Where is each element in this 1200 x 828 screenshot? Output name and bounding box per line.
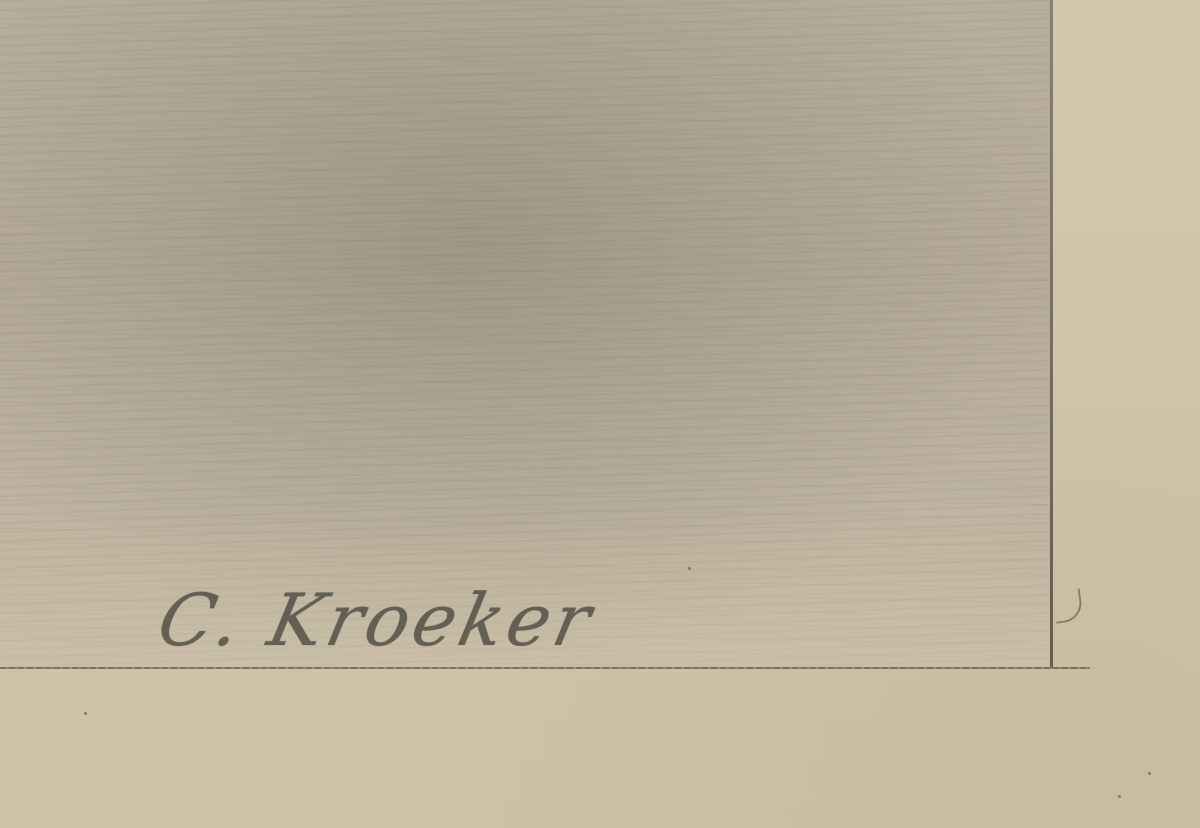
right-border-line	[1050, 0, 1053, 668]
paper-speck	[1118, 795, 1121, 798]
artist-signature: C. Kroeker	[151, 578, 602, 662]
bottom-border-line	[0, 667, 1090, 669]
paper-speck	[1148, 772, 1151, 775]
paper-speck	[688, 567, 691, 570]
paper-speck	[84, 712, 87, 715]
